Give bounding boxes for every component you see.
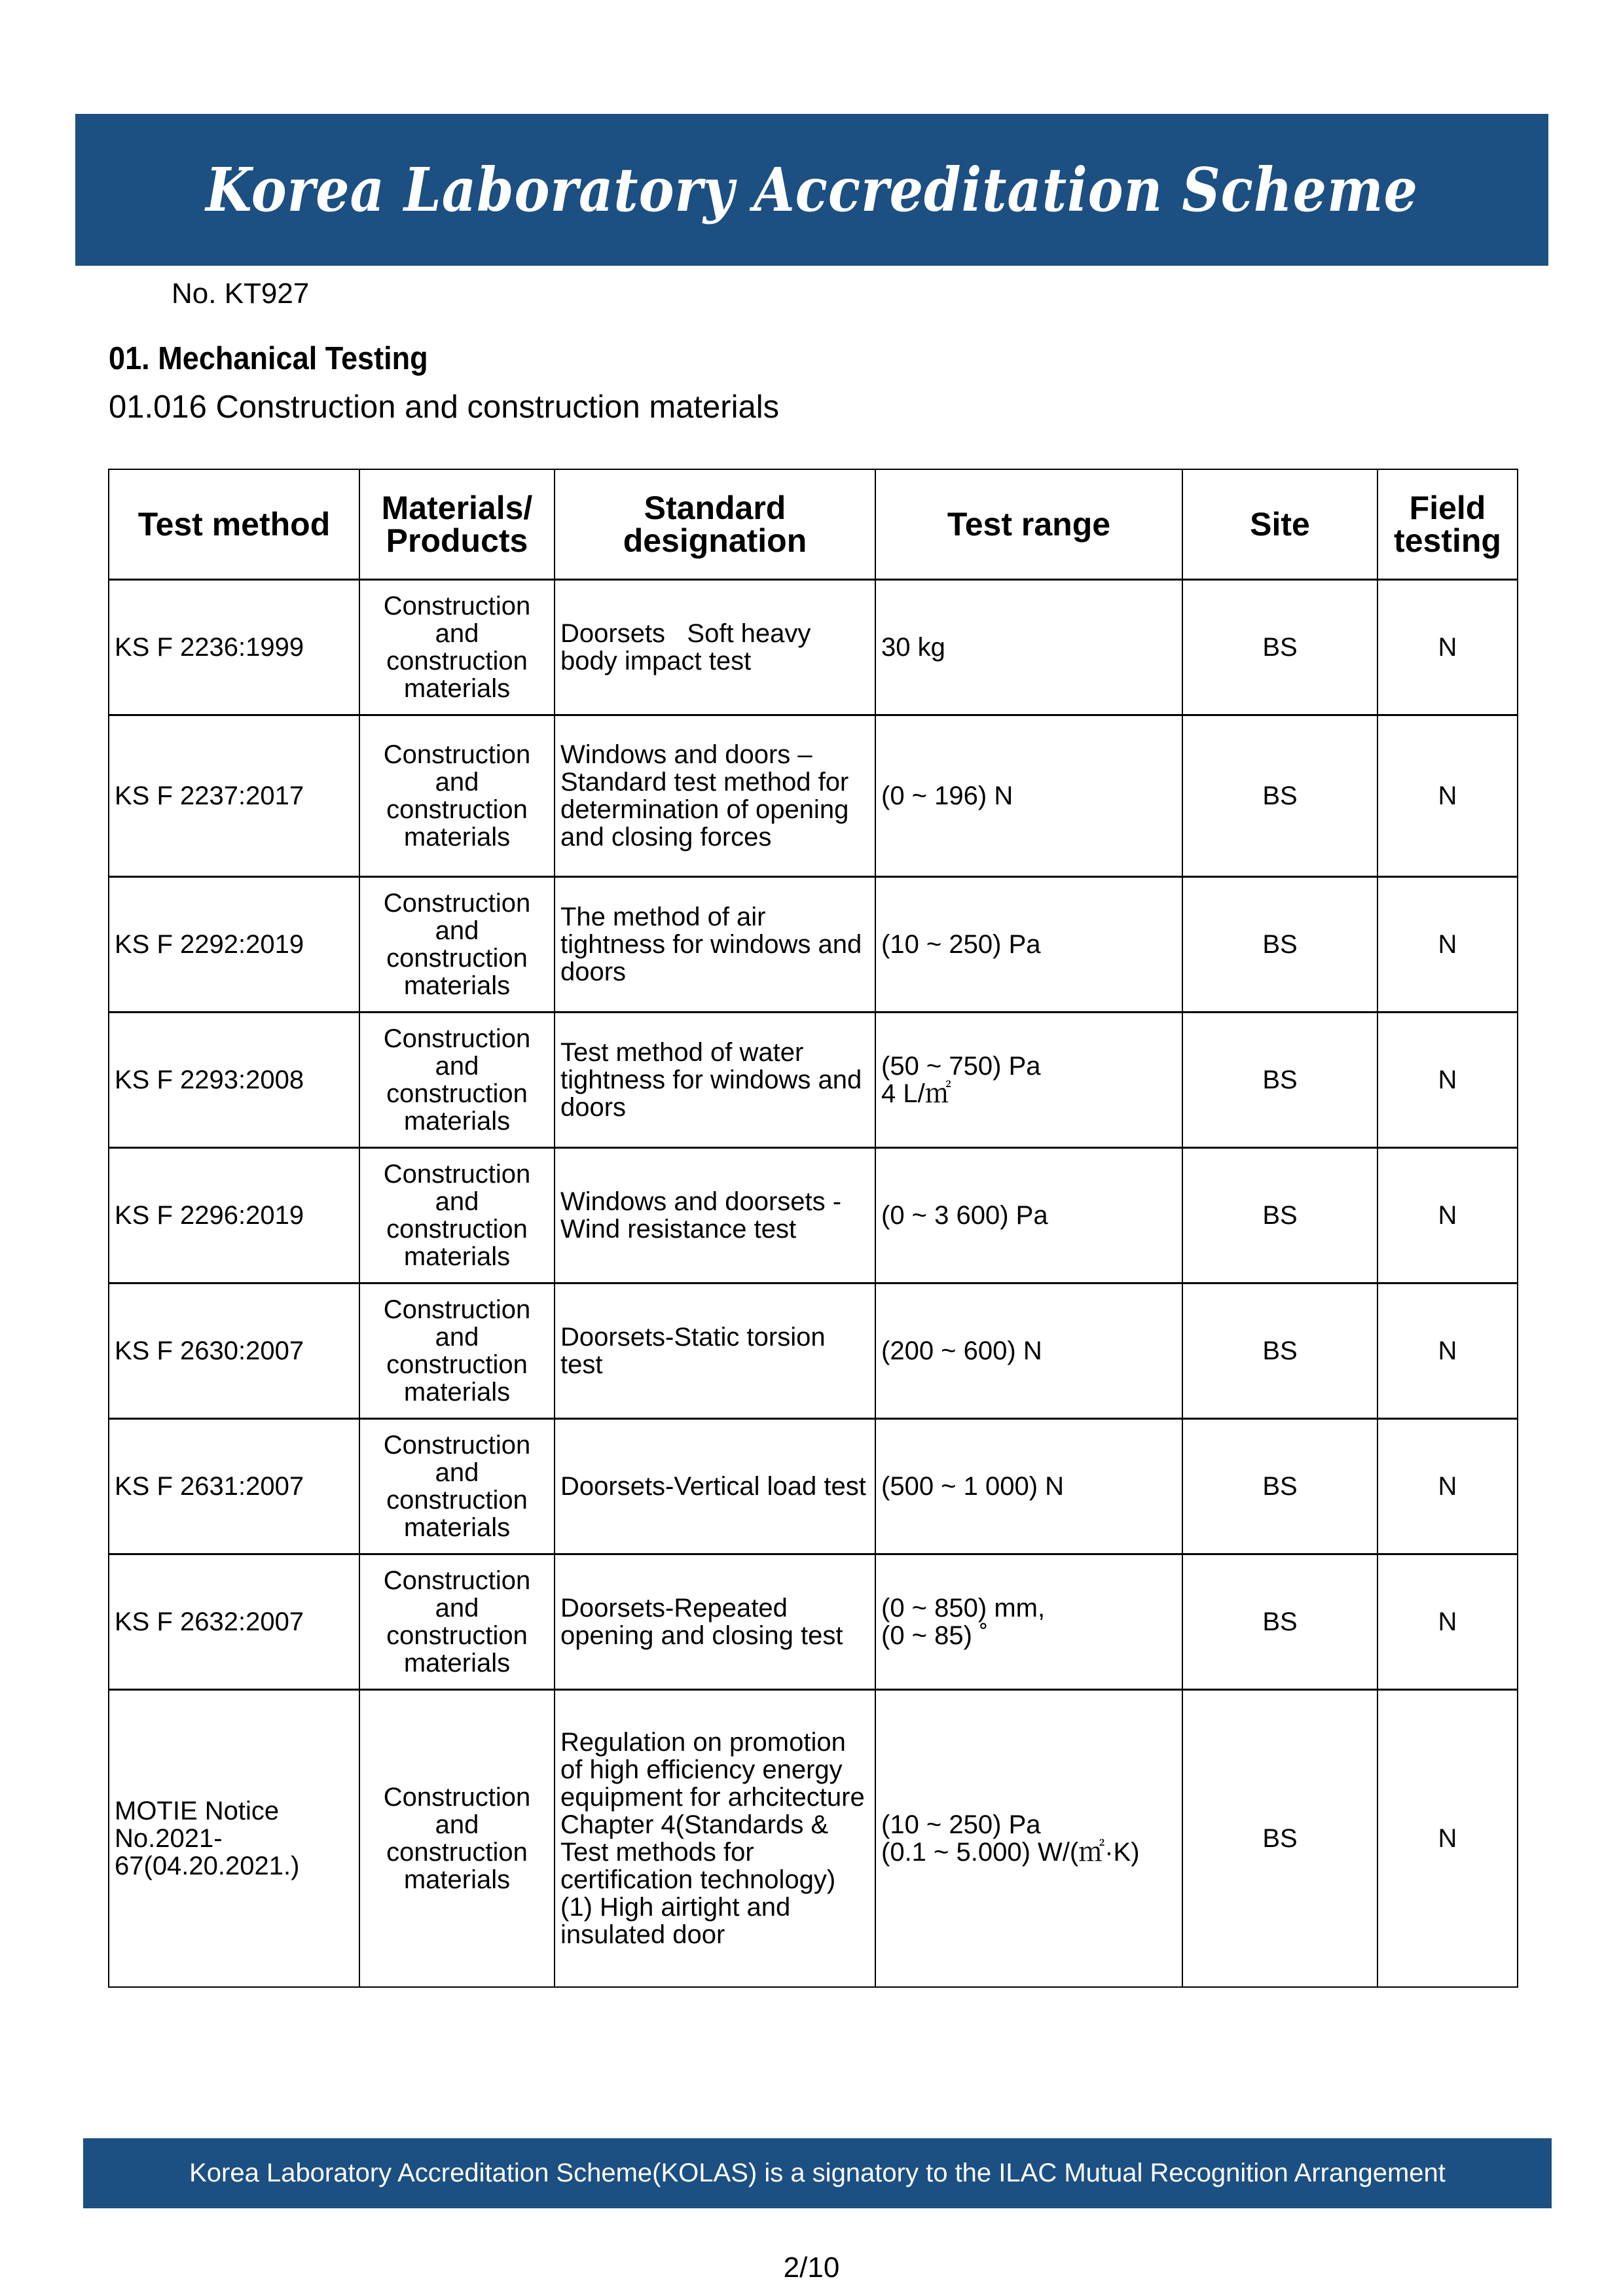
designation-cell: Doorsets-Static torsion test	[555, 1283, 875, 1419]
material-cell: Construction and construction materials	[359, 1283, 555, 1419]
footer-banner: Korea Laboratory Accreditation Scheme(KO…	[83, 2138, 1552, 2208]
table-row: MOTIE Notice No.2021-67(04.20.2021.)Cons…	[109, 1690, 1518, 1988]
designation-cell: Windows and doors – Standard test method…	[555, 715, 875, 877]
test-range-cell: (10 ~ 250) Pa	[875, 877, 1182, 1013]
site-cell: BS	[1182, 580, 1377, 715]
table-row: KS F 2630:2007Construction and construct…	[109, 1283, 1518, 1419]
field-testing-cell: N	[1377, 1690, 1518, 1988]
material-cell: Construction and construction materials	[359, 580, 555, 715]
site-cell: BS	[1182, 1419, 1377, 1554]
site-cell: BS	[1182, 877, 1377, 1013]
test-range-cell: (0 ~ 3 600) Pa	[875, 1148, 1182, 1283]
table-row: KS F 2292:2019Construction and construct…	[109, 877, 1518, 1013]
test-method-cell: MOTIE Notice No.2021-67(04.20.2021.)	[109, 1690, 359, 1988]
header-label: Test method	[138, 506, 331, 543]
table-header-row: Test method Materials/ Products Standard…	[109, 469, 1518, 580]
designation-cell: The method of air tightness for windows …	[555, 877, 875, 1013]
table-row: KS F 2237:2017Construction and construct…	[109, 715, 1518, 877]
designation-cell: Doorsets-Vertical load test	[555, 1419, 875, 1554]
field-testing-cell: N	[1377, 580, 1518, 715]
document-number: No. KT927	[172, 278, 309, 310]
field-testing-cell: N	[1377, 715, 1518, 877]
page-number: 2/10	[0, 2251, 1623, 2284]
material-cell: Construction and construction materials	[359, 877, 555, 1013]
header-materials-products: Materials/ Products	[359, 469, 555, 580]
test-method-cell: KS F 2632:2007	[109, 1554, 359, 1690]
test-range-cell: (10 ~ 250) Pa (0.1 ~ 5.000) W/(㎡·K)	[875, 1690, 1182, 1988]
header-label: Test range	[947, 506, 1110, 543]
table-row: KS F 2296:2019Construction and construct…	[109, 1148, 1518, 1283]
test-method-cell: KS F 2293:2008	[109, 1013, 359, 1148]
designation-cell: Doorsets Soft heavy body impact test	[555, 580, 875, 715]
header-label: Materials/ Products	[382, 490, 533, 559]
table-row: KS F 2632:2007Construction and construct…	[109, 1554, 1518, 1690]
test-range-cell: (500 ~ 1 000) N	[875, 1419, 1182, 1554]
site-cell: BS	[1182, 1283, 1377, 1419]
test-range-cell: (200 ~ 600) N	[875, 1283, 1182, 1419]
header-test-method: Test method	[109, 469, 359, 580]
test-method-cell: KS F 2292:2019	[109, 877, 359, 1013]
header-label: Field testing	[1394, 490, 1501, 559]
field-testing-cell: N	[1377, 1554, 1518, 1690]
field-testing-cell: N	[1377, 1283, 1518, 1419]
test-method-cell: KS F 2630:2007	[109, 1283, 359, 1419]
test-method-cell: KS F 2296:2019	[109, 1148, 359, 1283]
test-range-cell: (0 ~ 850) mm, (0 ~ 85) ˚	[875, 1554, 1182, 1690]
field-testing-cell: N	[1377, 1419, 1518, 1554]
site-cell: BS	[1182, 1013, 1377, 1148]
subsection-title: 01.016 Construction and construction mat…	[109, 389, 779, 425]
site-cell: BS	[1182, 1554, 1377, 1690]
test-range-cell: 30 kg	[875, 580, 1182, 715]
designation-cell: Doorsets-Repeated opening and closing te…	[555, 1554, 875, 1690]
field-testing-cell: N	[1377, 877, 1518, 1013]
test-method-cell: KS F 2631:2007	[109, 1419, 359, 1554]
test-method-cell: KS F 2237:2017	[109, 715, 359, 877]
table-row: KS F 2293:2008Construction and construct…	[109, 1013, 1518, 1148]
designation-cell: Regulation on promotion of high efficien…	[555, 1690, 875, 1988]
designation-cell: Windows and doorsets - Wind resistance t…	[555, 1148, 875, 1283]
site-cell: BS	[1182, 1148, 1377, 1283]
header-title: Korea Laboratory Accreditation Scheme	[206, 154, 1418, 225]
header-field-testing: Field testing	[1377, 469, 1518, 580]
test-range-cell: (0 ~ 196) N	[875, 715, 1182, 877]
site-cell: BS	[1182, 715, 1377, 877]
header-banner: Korea Laboratory Accreditation Scheme	[75, 114, 1548, 266]
footer-text: Korea Laboratory Accreditation Scheme(KO…	[189, 2159, 1446, 2188]
field-testing-cell: N	[1377, 1013, 1518, 1148]
table-body: KS F 2236:1999Construction and construct…	[109, 580, 1518, 1988]
header-label: Site	[1250, 506, 1310, 543]
material-cell: Construction and construction materials	[359, 715, 555, 877]
table-row: KS F 2631:2007Construction and construct…	[109, 1419, 1518, 1554]
material-cell: Construction and construction materials	[359, 1554, 555, 1690]
accreditation-scope-table: Test method Materials/ Products Standard…	[108, 469, 1518, 1988]
field-testing-cell: N	[1377, 1148, 1518, 1283]
site-cell: BS	[1182, 1690, 1377, 1988]
material-cell: Construction and construction materials	[359, 1419, 555, 1554]
material-cell: Construction and construction materials	[359, 1690, 555, 1988]
header-test-range: Test range	[875, 469, 1182, 580]
header-site: Site	[1182, 469, 1377, 580]
header-standard-designation: Standard designation	[555, 469, 875, 580]
material-cell: Construction and construction materials	[359, 1148, 555, 1283]
designation-cell: Test method of water tightness for windo…	[555, 1013, 875, 1148]
section-title: 01. Mechanical Testing	[109, 340, 428, 377]
test-range-cell: (50 ~ 750) Pa 4 L/㎡	[875, 1013, 1182, 1148]
table-row: KS F 2236:1999Construction and construct…	[109, 580, 1518, 715]
material-cell: Construction and construction materials	[359, 1013, 555, 1148]
test-method-cell: KS F 2236:1999	[109, 580, 359, 715]
header-label: Standard designation	[623, 490, 807, 559]
